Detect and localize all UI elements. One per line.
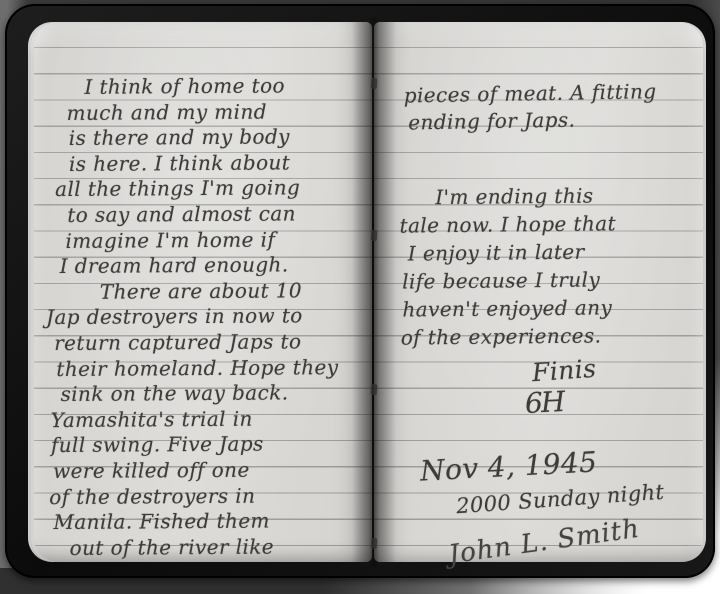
stitch-mark [371,538,378,549]
journal-line: is here. I think about [69,150,361,178]
journal-line: I'm ending this [435,180,699,211]
stitch-mark [371,384,378,395]
right-page-paragraph-2: I'm ending this tale now. I hope that I … [399,180,701,351]
notebook-scan: I think of home too much and my mind is … [0,0,720,594]
journal-line: pieces of meat. A fitting [404,77,698,109]
left-page-text: I think of home too much and my mind is … [44,73,363,561]
finis-word: Finis [531,354,597,387]
journal-line: is there and my body [69,124,361,152]
journal-line: I dream hard enough. [60,252,362,280]
journal-line: imagine I'm home if [65,226,361,254]
journal-line: Yamashita's trial in [51,406,363,434]
finis-flourish-mark: 6H [524,385,564,420]
journal-line: out of the river like [70,534,364,562]
journal-line: I think of home too [84,73,360,101]
stitch-mark [371,230,378,241]
right-page-paragraph-1: pieces of meat. A fitting ending for Jap… [398,77,699,136]
journal-line: to say and almost can [67,201,361,229]
journal-line: There are about 10 [100,278,362,305]
journal-line: I enjoy it in later [408,236,700,267]
journal-line: haven't enjoyed any [402,292,700,323]
journal-line: much and my mind [66,98,360,126]
journal-line: full swing. Five Japs [51,431,363,459]
journal-line: ending for Japs. [408,104,698,136]
journal-line: of the destroyers in [49,482,363,510]
stitch-mark [371,78,378,89]
journal-line: Manila. Fished them [53,508,363,536]
journal-line: of the experiences. [401,320,701,351]
journal-line: all the things I'm going [55,175,361,203]
journal-line: return captured Japs to [54,329,362,357]
journal-line: tale now. I hope that [399,208,699,239]
journal-line: Jap destroyers in now to [46,303,362,331]
journal-line: sink on the way back. [60,380,362,408]
journal-line: their homeland. Hope they [56,354,362,382]
journal-line: were killed off one [53,457,363,485]
journal-line: life because I truly [402,264,700,295]
